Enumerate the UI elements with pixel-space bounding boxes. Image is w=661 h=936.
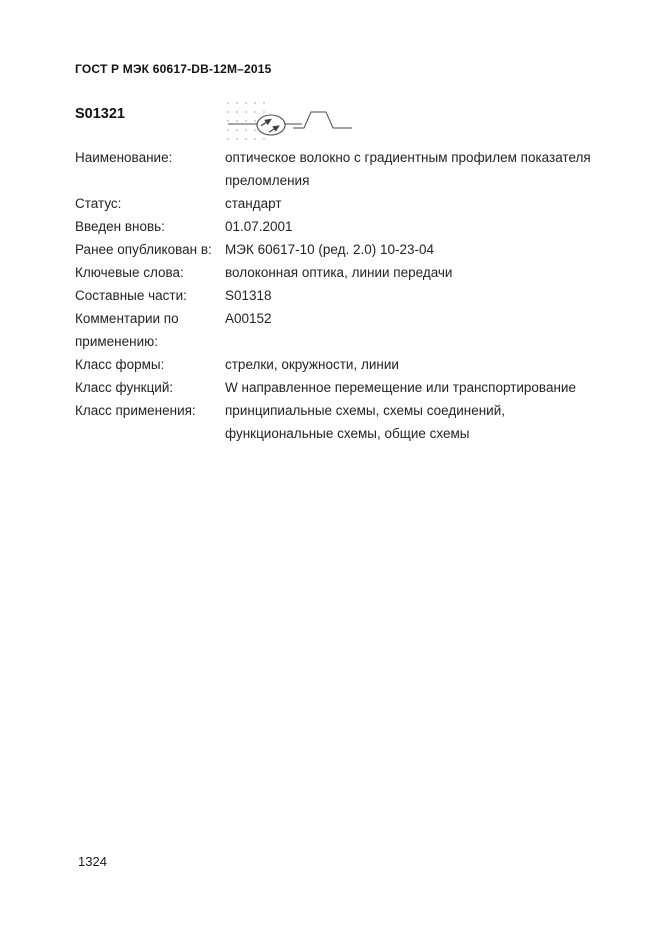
property-value: W направленное перемещение или транспорт… [225, 376, 605, 399]
document-page: ГОСТ Р МЭК 60617-DB-12M–2015 S01321 [0, 0, 661, 936]
property-value: оптическое волокно с градиентным профиле… [225, 146, 605, 192]
optical-fiber-graded-index-symbol [226, 96, 356, 148]
property-value: стрелки, окружности, линии [225, 353, 605, 376]
graded-index-profile-curve [293, 112, 352, 128]
property-label: Класс формы: [75, 353, 225, 376]
property-label: Класс функций: [75, 376, 225, 399]
property-label: Ранее опубликован в: [75, 238, 225, 261]
property-label: Комментарии по применению: [75, 307, 225, 353]
symbol-drawing [226, 96, 356, 148]
property-label: Наименование: [75, 146, 225, 192]
property-label: Ключевые слова: [75, 261, 225, 284]
property-label: Статус: [75, 192, 225, 215]
property-value: стандарт [225, 192, 605, 215]
property-label: Введен вновь: [75, 215, 225, 238]
property-value: МЭК 60617-10 (ред. 2.0) 10-23-04 [225, 238, 605, 261]
property-value: 01.07.2001 [225, 215, 605, 238]
property-value: принципиальные схемы, схемы соединений, … [225, 399, 605, 445]
property-label: Составные части: [75, 284, 225, 307]
property-value: волоконная оптика, линии передачи [225, 261, 605, 284]
property-label: Класс применения: [75, 399, 225, 445]
document-title: ГОСТ Р МЭК 60617-DB-12M–2015 [75, 62, 272, 76]
page-number: 1324 [78, 854, 107, 869]
property-value: A00152 [225, 307, 605, 353]
symbol-id: S01321 [75, 106, 125, 122]
property-value: S01318 [225, 284, 605, 307]
properties-table: Наименование:оптическое волокно с градие… [75, 146, 605, 445]
